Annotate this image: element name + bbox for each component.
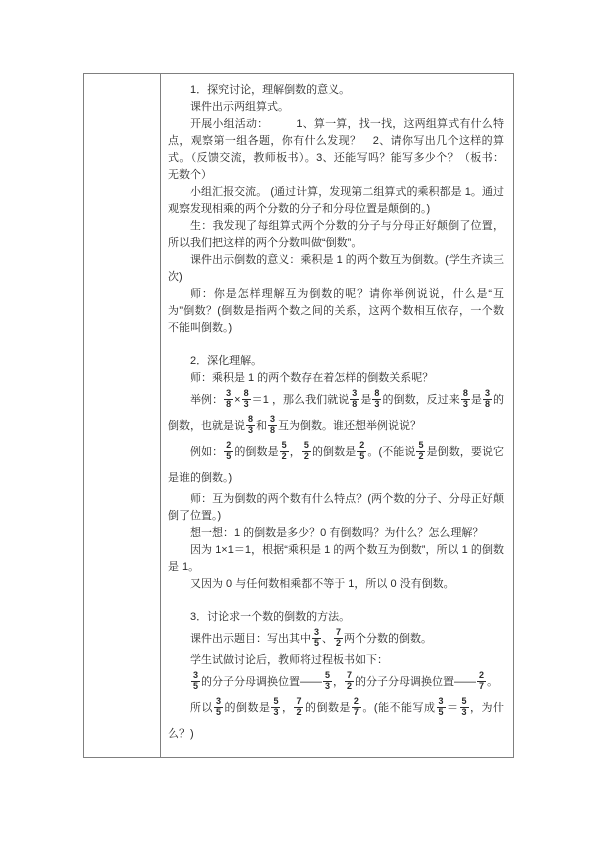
text-run: 师：互为倒数的两个数有什么特点？(两个数的分子、分母正好颠倒了位置。) <box>168 493 504 522</box>
fraction: 38 <box>224 389 233 409</box>
text-run: 。 <box>487 676 498 688</box>
paragraph: 又因为 0 与任何数相乘都不等于 1，所以 0 没有倒数。 <box>168 576 504 593</box>
text-run: 1．探究讨论，理解倒数的意义。 <box>190 84 350 96</box>
text-run: 的倒数是 <box>234 446 278 458</box>
text-run: 课件出示倒数的意义：乘积是 1 的两个数互为倒数。(学生齐读三次) <box>168 254 504 283</box>
fraction: 83 <box>461 389 470 409</box>
fraction: 83 <box>246 415 255 435</box>
fraction: 38 <box>350 389 359 409</box>
text-run: 课件出示题目：写出其中 <box>190 633 311 645</box>
text-run: 的倒数是 <box>312 446 356 458</box>
text-run: 和 <box>256 420 267 432</box>
paragraph: 小组汇报交流。 (通过计算，发现第二组算式的乘积都是 1。通过观察发现相乘的两个… <box>168 184 504 218</box>
text-run: 师：你是怎样理解互为倒数的呢？请你举例说说，什么是“互为”倒数？(倒数是指两个数… <box>168 288 504 334</box>
text-run: 的分子分母调换位置—— <box>201 676 322 688</box>
fraction: 25 <box>357 441 366 461</box>
paragraph: 举例：38×83＝1 ，那么我们就说38是83的倒数，反过来83是38的倒数，也… <box>168 387 504 439</box>
fraction: 83 <box>242 389 251 409</box>
lesson-content: 1．探究讨论，理解倒数的意义。课件出示两组算式。开展小组活动： 1、算一算，找一… <box>168 82 504 757</box>
text-run: 2．深化理解。 <box>190 355 262 367</box>
text-run: 因为 1×1＝1，根据“乘积是 1 的两个数互为倒数”，所以 1 的倒数是 1。 <box>168 544 504 573</box>
text-run: 课件出示两组算式。 <box>190 101 289 113</box>
text-run: 两个分数的倒数。 <box>344 633 432 645</box>
fraction: 52 <box>416 441 425 461</box>
step2-heading: 2．深化理解。 <box>168 353 504 370</box>
fraction: 53 <box>460 697 469 717</box>
text-run: 是 <box>360 394 371 406</box>
text-run: 。(不能说 <box>367 446 415 458</box>
text-run: 是 <box>471 394 482 406</box>
text-run: 的倒数，反过来 <box>382 394 459 406</box>
spacer-line <box>168 747 504 757</box>
paragraph: 因为 1×1＝1，根据“乘积是 1 的两个数互为倒数”，所以 1 的倒数是 1。 <box>168 542 504 576</box>
fraction: 72 <box>345 671 354 691</box>
table-left-cell <box>84 74 161 757</box>
step3-heading: 3．讨论求一个数的倒数的方法。 <box>168 609 504 626</box>
spacer-line <box>168 593 504 609</box>
text-run: 举例： <box>190 394 223 406</box>
paragraph: 师：你是怎样理解互为倒数的呢？请你举例说说，什么是“互为”倒数？(倒数是指两个数… <box>168 286 504 337</box>
fraction: 35 <box>312 628 321 648</box>
lesson-plan-table: 1．探究讨论，理解倒数的意义。课件出示两组算式。开展小组活动： 1、算一算，找一… <box>83 73 514 758</box>
fraction: 35 <box>437 697 446 717</box>
fraction: 53 <box>323 671 332 691</box>
text-run: 的倒数是 <box>304 702 350 714</box>
document-page: 1．探究讨论，理解倒数的意义。课件出示两组算式。开展小组活动： 1、算一算，找一… <box>0 0 595 842</box>
paragraph: 想一想：1 的倒数是多少？0 有倒数吗？为什么？怎么理解？ <box>168 525 504 542</box>
text-run: 所以 <box>190 702 213 714</box>
paragraph: 学生试做讨论后，教师将过程板书如下： <box>168 652 504 669</box>
text-run: ， <box>281 702 293 714</box>
paragraph: 师：乘积是 1 的两个数存在着怎样的倒数关系呢？ <box>168 370 504 387</box>
text-run: 学生试做讨论后，教师将过程板书如下： <box>190 654 388 666</box>
fraction: 53 <box>271 697 280 717</box>
text-run: 的分子分母调换位置—— <box>355 676 476 688</box>
paragraph: 课件出示题目：写出其中35、72两个分数的倒数。 <box>168 626 504 652</box>
paragraph: 所以35的倒数是53，72的倒数是27。(能不能写成35＝53，为什么？) <box>168 695 504 747</box>
fraction: 35 <box>191 671 200 691</box>
text-run: 师：乘积是 1 的两个数存在着怎样的倒数关系呢？ <box>190 372 433 384</box>
text-run: ＝1 ，那么我们就说 <box>252 394 350 406</box>
fraction: 38 <box>268 415 277 435</box>
paragraph: 例如：25的倒数是52，52的倒数是25。(不能说52是倒数，要说它是谁的倒数。… <box>168 439 504 491</box>
fraction: 25 <box>224 441 233 461</box>
fraction: 72 <box>334 628 343 648</box>
fraction: 27 <box>477 671 486 691</box>
text-run: 的倒数是 <box>224 702 270 714</box>
text-run: 3．讨论求一个数的倒数的方法。 <box>190 611 350 623</box>
fraction: 52 <box>302 441 311 461</box>
text-run: 小组汇报交流。 (通过计算，发现第二组算式的乘积都是 1。通过观察发现相乘的两个… <box>168 186 504 215</box>
fraction: 27 <box>352 697 361 717</box>
text-run: ， <box>290 446 301 458</box>
paragraph: 开展小组活动： 1、算一算，找一找，这两组算式有什么特点，观察第一组各题，你有什… <box>168 116 504 184</box>
paragraph: 课件出示倒数的意义：乘积是 1 的两个数互为倒数。(学生齐读三次) <box>168 252 504 286</box>
spacer-line <box>168 337 504 353</box>
text-run: 想一想：1 的倒数是多少？0 有倒数吗？为什么？怎么理解？ <box>190 527 483 539</box>
text-run: 、 <box>322 633 333 645</box>
text-run: 。(能不能写成 <box>362 702 436 714</box>
text-run: 互为倒数。谁还想举例说说？ <box>278 420 421 432</box>
fraction: 52 <box>280 441 289 461</box>
text-run: 生：我发现了每组算式两个分数的分子与分母正好颠倒了位置，所以我们把这样的两个分数… <box>168 220 504 249</box>
text-run: × <box>234 394 240 406</box>
step1-heading: 1．探究讨论，理解倒数的意义。 <box>168 82 504 99</box>
text-run: ， <box>333 676 344 688</box>
fraction: 35 <box>214 697 223 717</box>
table-content-cell: 1．探究讨论，理解倒数的意义。课件出示两组算式。开展小组活动： 1、算一算，找一… <box>161 74 513 757</box>
paragraph: 生：我发现了每组算式两个分数的分子与分母正好颠倒了位置，所以我们把这样的两个分数… <box>168 218 504 252</box>
text-run: 又因为 0 与任何数相乘都不等于 1，所以 0 没有倒数。 <box>190 578 455 590</box>
paragraph: 师：互为倒数的两个数有什么特点？(两个数的分子、分母正好颠倒了位置。) <box>168 491 504 525</box>
paragraph: 35的分子分母调换位置——53，72的分子分母调换位置——27。 <box>168 669 504 695</box>
paragraph: 课件出示两组算式。 <box>168 99 504 116</box>
fraction: 38 <box>483 389 492 409</box>
fraction: 83 <box>372 389 381 409</box>
text-run: ＝ <box>447 702 459 714</box>
text-run: 开展小组活动： 1、算一算，找一找，这两组算式有什么特点，观察第一组各题，你有什… <box>168 118 504 181</box>
text-run: 例如： <box>190 446 223 458</box>
fraction: 72 <box>294 697 303 717</box>
